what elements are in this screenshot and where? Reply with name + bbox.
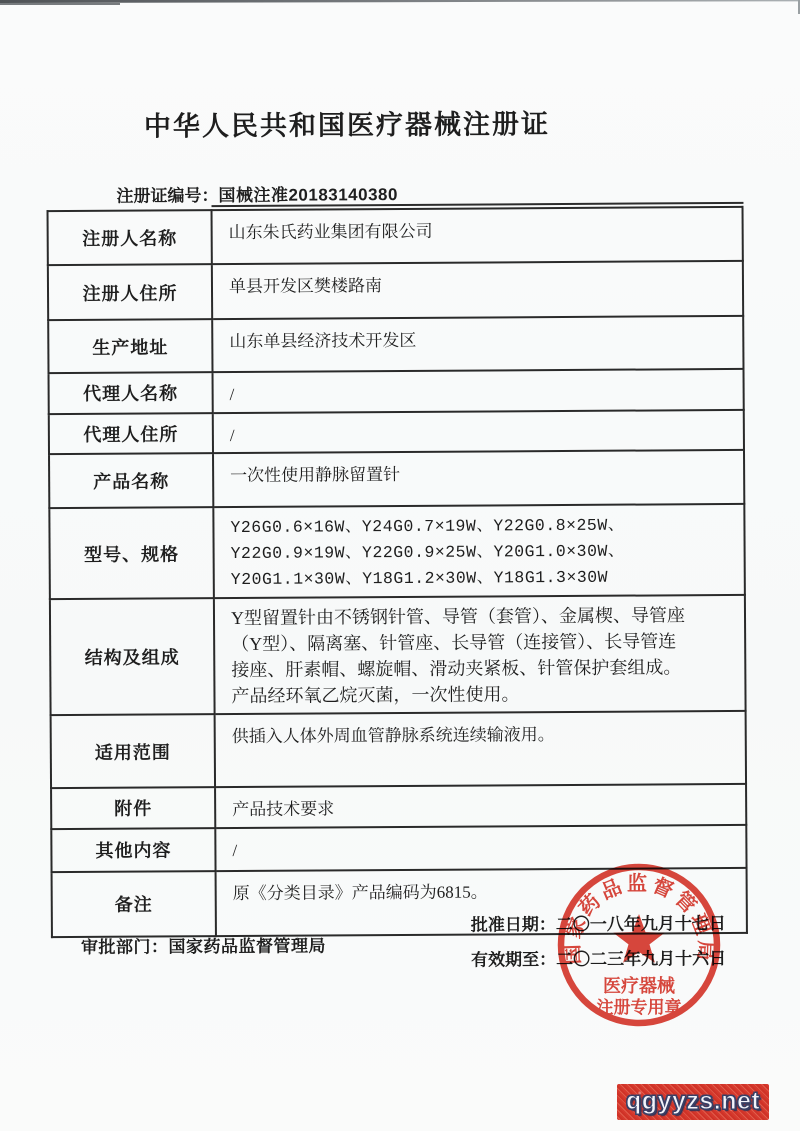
official-seal-stamp: 国家药品监督管理局 医疗器械 注册专用章 <box>536 843 742 1049</box>
table-row: 型号、规格 Y26G0.6×16W、Y24G0.7×19W、Y22G0.8×25… <box>49 504 745 599</box>
row-value: Y型留置针由不锈钢针管、导管（套管）、金属楔、导管座（Y型）、隔离塞、针管座、长… <box>214 595 746 714</box>
row-label: 注册人住所 <box>48 264 212 320</box>
row-value: 单县开发区樊楼路南 <box>212 261 743 319</box>
table-row: 代理人名称 / <box>49 369 744 414</box>
approval-department-line: 审批部门：国家药品监督管理局 <box>81 931 326 957</box>
row-label: 备注 <box>52 871 216 937</box>
row-label: 型号、规格 <box>49 507 214 599</box>
row-value: 山东单县经济技术开发区 <box>212 316 743 372</box>
row-label: 结构及组成 <box>50 598 215 715</box>
row-value: / <box>213 369 744 413</box>
approval-department-label: 审批部门： <box>81 937 169 957</box>
row-value: 山东朱氏药业集团有限公司 <box>212 207 743 264</box>
row-label: 适用范围 <box>51 714 215 788</box>
seal-line2-text: 注册专用章 <box>597 997 682 1017</box>
watermark-text: qgyyzs.net <box>626 1087 760 1115</box>
watermark: qgyyzs.net <box>617 1084 769 1120</box>
table-row: 注册人住所 单县开发区樊楼路南 <box>48 261 743 320</box>
table-row: 代理人住所 / <box>49 409 744 454</box>
row-label: 代理人名称 <box>49 372 213 414</box>
row-label: 代理人住所 <box>49 413 213 455</box>
table-row: 附件 产品技术要求 <box>51 784 746 829</box>
certificate-page: 中华人民共和国医疗器械注册证 注册证编号：国械注准20183140380 注册人… <box>0 0 800 1131</box>
registration-number-value: 国械注准20183140380 <box>218 185 398 205</box>
registration-number-line: 注册证编号：国械注准20183140380 <box>116 180 398 207</box>
certificate-title: 中华人民共和国医疗器械注册证 <box>0 101 798 145</box>
seal-star-icon <box>613 914 664 963</box>
certificate-table: 注册人名称 山东朱氏药业集团有限公司 注册人住所 单县开发区樊楼路南 生产地址 … <box>47 206 748 938</box>
row-value: 一次性使用静脉留置针 <box>213 450 744 507</box>
row-value: 供插入人体外周血管静脉系统连续输液用。 <box>215 711 746 787</box>
registration-number-label: 注册证编号： <box>116 186 218 206</box>
row-label: 产品名称 <box>49 453 213 508</box>
table-row: 注册人名称 山东朱氏药业集团有限公司 <box>48 207 743 265</box>
row-label: 生产地址 <box>48 319 212 373</box>
row-label: 其他内容 <box>51 828 215 872</box>
approval-department-value: 国家药品监督管理局 <box>168 936 326 956</box>
table-row: 产品名称 一次性使用静脉留置针 <box>49 450 744 508</box>
row-value: Y26G0.6×16W、Y24G0.7×19W、Y22G0.8×25W、Y22G… <box>213 504 745 598</box>
table-row: 结构及组成 Y型留置针由不锈钢针管、导管（套管）、金属楔、导管座（Y型）、隔离塞… <box>50 595 746 715</box>
row-label: 注册人名称 <box>48 210 212 265</box>
row-value: 产品技术要求 <box>215 784 746 828</box>
row-value: / <box>213 409 744 453</box>
seal-line1-text: 医疗器械 <box>603 975 676 996</box>
table-row: 适用范围 供插入人体外周血管静脉系统连续输液用。 <box>51 711 746 788</box>
row-label: 附件 <box>51 787 215 829</box>
table-row: 生产地址 山东单县经济技术开发区 <box>48 316 743 373</box>
